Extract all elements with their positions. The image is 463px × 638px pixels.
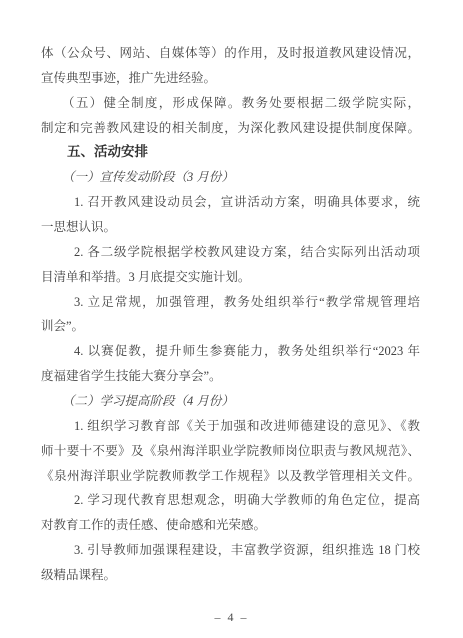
document-body: 体（公众号、网站、自媒体等）的作用，及时报道教风建设情况， 宣传典型事迹，推广先… [41, 41, 420, 588]
doc-paragraph-5-start: （五）健全制度，形成保障。教务处要根据二级学院实际， [41, 91, 420, 116]
doc-item-1: 1. 召开教风建设动员会，宣讲活动方案，明确具体要求，统 [41, 190, 420, 215]
doc-item-4: 4. 以赛促教，提升师生参赛能力，教务处组织举行“2023 年 [41, 339, 420, 364]
subsection-heading-phase-2: （二）学习提高阶段（4 月份） [41, 389, 420, 414]
doc-item-2: 2. 各二级学院根据学校教风建设方案，结合实际列出活动项 [41, 240, 420, 265]
doc-line: 目清单和举措。3 月底提交实施计划。 [41, 265, 420, 290]
doc-line: 对教育工作的责任感、使命感和光荣感。 [41, 513, 420, 538]
doc-line: 制定和完善教风建设的相关制度，为深化教风建设提供制度保障。 [41, 116, 420, 141]
doc-line: 宣传典型事迹，推广先进经验。 [41, 66, 420, 91]
doc-line: 《泉州海洋职业学院教师教学工作规程》以及教学管理相关文件。 [41, 464, 420, 489]
doc-line: 体（公众号、网站、自媒体等）的作用，及时报道教风建设情况， [41, 41, 420, 66]
doc-item-1b: 1. 组织学习教育部《关于加强和改进师德建设的意见》、《教 [41, 414, 420, 439]
document-page: 体（公众号、网站、自媒体等）的作用，及时报道教风建设情况， 宣传典型事迹，推广先… [0, 0, 463, 638]
doc-item-3b: 3. 引导教师加强课程建设，丰富教学资源，组织推选 18 门校 [41, 538, 420, 563]
doc-line: 训会”。 [41, 314, 420, 339]
doc-line: 度福建省学生技能大赛分享会”。 [41, 364, 420, 389]
doc-item-2b: 2. 学习现代教育思想观念，明确大学教师的角色定位，提高 [41, 488, 420, 513]
doc-item-3: 3. 立足常规，加强管理，教务处组织举行“教学常规管理培 [41, 290, 420, 315]
doc-line: 师十要十不要》及《泉州海洋职业学院教师岗位职责与教风规范》、 [41, 439, 420, 464]
section-heading-activity-arrangement: 五、活动安排 [41, 140, 420, 165]
doc-line: 级精品课程。 [41, 563, 420, 588]
subsection-heading-phase-1: （一）宣传发动阶段（3 月份） [41, 165, 420, 190]
doc-line: 一思想认识。 [41, 215, 420, 240]
page-number: – 4 – [0, 610, 463, 625]
